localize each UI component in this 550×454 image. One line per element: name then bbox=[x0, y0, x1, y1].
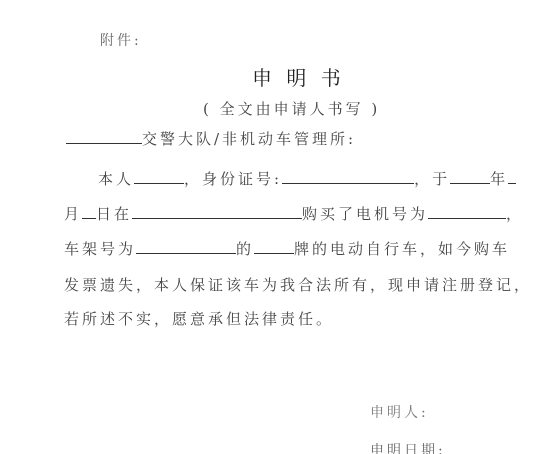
body-line-3: 车架号为的牌的电动自行车，如今购车 bbox=[64, 238, 510, 259]
text-bought: 购买了电机号为 bbox=[302, 205, 428, 223]
id-number-blank[interactable] bbox=[282, 169, 414, 184]
year-blank[interactable] bbox=[450, 169, 490, 184]
text-comma: ， bbox=[414, 170, 432, 188]
text-brand: 牌的电动自行车，如今购车 bbox=[294, 240, 510, 258]
text-id-label: ，身份证号: bbox=[184, 170, 282, 188]
frame-number-blank[interactable] bbox=[136, 239, 236, 254]
body-line-5: 若所述不实，愿意承但法律责任。 bbox=[64, 308, 334, 329]
body-line-4: 发票遗失，本人保证该车为我合法所有，现申请注册登记， bbox=[64, 274, 532, 295]
applicant-label: 申明人: bbox=[370, 402, 429, 422]
text-yu: 于 bbox=[432, 170, 450, 188]
addressee-line: 交警大队/非机动车管理所: bbox=[66, 128, 356, 149]
text-day: 日在 bbox=[96, 205, 132, 223]
date-label: 申明日期: bbox=[370, 440, 446, 454]
day-blank[interactable] bbox=[82, 204, 96, 219]
motor-number-blank[interactable] bbox=[428, 204, 506, 219]
body-line-1: 本人，身份证号:，于年 bbox=[98, 168, 516, 189]
text-year: 年 bbox=[490, 170, 508, 188]
text-comma-2: ， bbox=[506, 205, 524, 223]
document-subtitle: ( 全文由申请人书写 ) bbox=[203, 98, 380, 119]
text-de: 的 bbox=[236, 240, 254, 258]
document-title: 申 明 书 bbox=[252, 62, 345, 91]
police-unit-blank[interactable] bbox=[66, 129, 142, 144]
month-blank[interactable] bbox=[508, 169, 516, 184]
attachment-label: 附件: bbox=[100, 30, 142, 50]
purchase-place-blank[interactable] bbox=[132, 204, 302, 219]
text-frame: 车架号为 bbox=[64, 240, 136, 258]
brand-blank[interactable] bbox=[254, 239, 294, 254]
text-month: 月 bbox=[64, 205, 82, 223]
addressee-text: 交警大队/非机动车管理所: bbox=[142, 130, 356, 148]
body-line-2: 月日在购买了电机号为， bbox=[64, 203, 524, 224]
name-blank[interactable] bbox=[134, 169, 184, 184]
text-benren: 本人 bbox=[98, 170, 134, 188]
